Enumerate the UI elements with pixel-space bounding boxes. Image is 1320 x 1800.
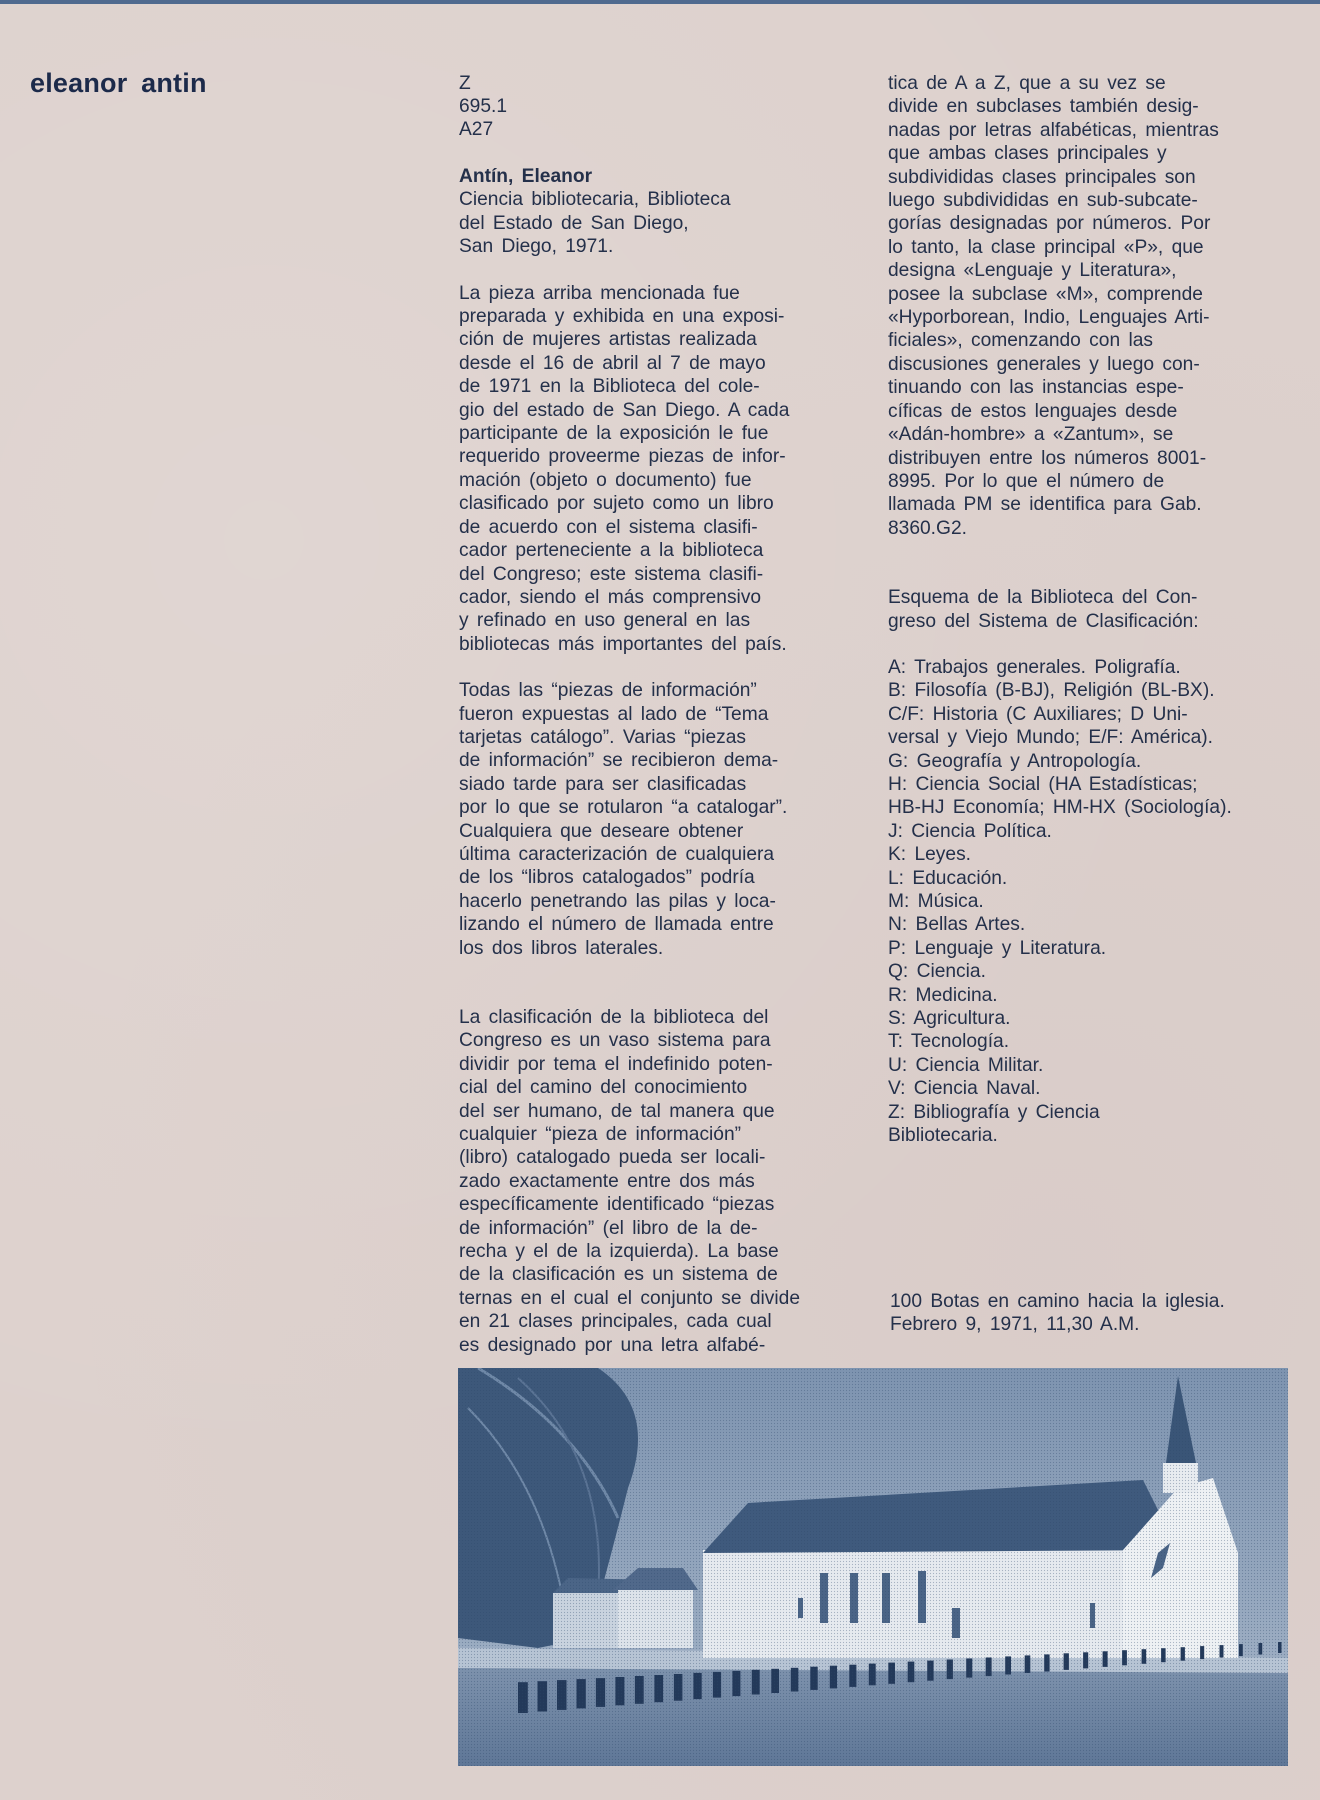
text-line: tarjetas catálogo”. Varias “piezas <box>459 726 879 749</box>
scheme-item: G: Geografía y Antropología. <box>888 750 1313 773</box>
text-line: última caracterización de cualquiera <box>459 843 879 866</box>
scheme-item: N: Bellas Artes. <box>888 913 1313 936</box>
caption-line: Febrero 9, 1971, 11,30 A.M. <box>890 1313 1225 1336</box>
text-line: bibliotecas más importantes del país. <box>459 633 879 656</box>
text-line: cador perteneciente a la biblioteca <box>459 539 879 562</box>
text-line: llamada PM se identifica para Gab. <box>888 493 1313 516</box>
text-line: gio del estado de San Diego. A cada <box>459 399 879 422</box>
scheme-item: HB-HJ Economía; HM-HX (Sociología). <box>888 796 1313 819</box>
paragraph-1: La pieza arriba mencionada fuepreparada … <box>459 282 879 657</box>
card-line: San Diego, 1971. <box>459 235 879 258</box>
text-line: y refinado en uso general en las <box>459 609 879 632</box>
scheme-item: R: Medicina. <box>888 984 1313 1007</box>
text-line: de información” (el libro de la de- <box>459 1217 879 1240</box>
text-line: luego subdivididas en sub-subcate- <box>888 189 1313 212</box>
text-line: mación (objeto o documento) fue <box>459 469 879 492</box>
scheme-item: B: Filosofía (B-BJ), Religión (BL-BX). <box>888 679 1313 702</box>
text-line: Todas las “piezas de información” <box>459 679 879 702</box>
text-line: discusiones generales y luego con- <box>888 353 1313 376</box>
text-line: «Hyporborean, Indio, Lenguajes Arti- <box>888 306 1313 329</box>
text-line: zado exactamente entre dos más <box>459 1170 879 1193</box>
text-line: cualquier “pieza de información” <box>459 1123 879 1146</box>
text-line: ficiales», comenzando con las <box>888 329 1313 352</box>
text-line: Congreso es un vaso sistema para <box>459 1029 879 1052</box>
scheme-list: A: Trabajos generales. Poligrafía.B: Fil… <box>888 656 1313 1148</box>
call-number: Z 695.1 A27 <box>459 72 879 141</box>
church-photo <box>458 1368 1288 1766</box>
church-photo-illustration <box>458 1368 1288 1766</box>
text-line: cial del camino del conocimiento <box>459 1076 879 1099</box>
scheme-item: V: Ciencia Naval. <box>888 1077 1313 1100</box>
text-line: de acuerdo con el sistema clasifi- <box>459 516 879 539</box>
text-line: siado tarde para ser clasificadas <box>459 773 879 796</box>
column-right: tica de A a Z, que a su vez sedivide en … <box>888 72 1313 1147</box>
page-top-edge <box>0 0 1320 4</box>
text-line: recha y el de la izquierda). La base <box>459 1240 879 1263</box>
call-number-line: 695.1 <box>459 95 879 118</box>
text-line: lo tanto, la clase principal «P», que <box>888 236 1313 259</box>
scheme-item: S: Agricultura. <box>888 1007 1313 1030</box>
catalog-card: Antín, Eleanor Ciencia bibliotecaria, Bi… <box>459 165 879 259</box>
scheme-title: Esquema de la Biblioteca del Con-greso d… <box>888 586 1313 633</box>
text-line: posee la subclase «M», comprende <box>888 283 1313 306</box>
scheme-item: P: Lenguaje y Literatura. <box>888 937 1313 960</box>
text-line: de la clasificación es un sistema de <box>459 1263 879 1286</box>
text-line: hacerlo penetrando las pilas y loca- <box>459 890 879 913</box>
scheme-item: T: Tecnología. <box>888 1030 1313 1053</box>
text-line: ción de mujeres artistas realizada <box>459 328 879 351</box>
text-line: designa «Lenguaje y Literatura», <box>888 259 1313 282</box>
text-line: del Congreso; este sistema clasifi- <box>459 563 879 586</box>
text-line: subdivididas clases principales son <box>888 166 1313 189</box>
text-line: preparada y exhibida en una exposi- <box>459 305 879 328</box>
scheme-item: H: Ciencia Social (HA Estadísticas; <box>888 773 1313 796</box>
column-left: Z 695.1 A27 Antín, Eleanor Ciencia bibli… <box>459 72 879 1380</box>
text-line: específicamente identificado “piezas <box>459 1193 879 1216</box>
call-number-line: A27 <box>459 118 879 141</box>
call-number-line: Z <box>459 72 879 95</box>
text-line: cador, siendo el más comprensivo <box>459 586 879 609</box>
text-line: divide en subclases también desig- <box>888 95 1313 118</box>
text-line: nadas por letras alfabéticas, mientras <box>888 119 1313 142</box>
text-line: tinuando con las instancias espe- <box>888 376 1313 399</box>
scheme-item: C/F: Historia (C Auxiliares; D Uni- <box>888 703 1313 726</box>
text-line: dividir por tema el indefinido poten- <box>459 1053 879 1076</box>
scheme-item: K: Leyes. <box>888 843 1313 866</box>
text-line: distribuyen entre los números 8001- <box>888 447 1313 470</box>
text-line: clasificado por sujeto como un libro <box>459 492 879 515</box>
scheme-item: A: Trabajos generales. Poligrafía. <box>888 656 1313 679</box>
text-line: en 21 clases principales, cada cual <box>459 1310 879 1333</box>
scheme-item: Q: Ciencia. <box>888 960 1313 983</box>
text-line: gorías designadas por números. Por <box>888 212 1313 235</box>
text-line: Cualquiera que deseare obtener <box>459 820 879 843</box>
text-line: La pieza arriba mencionada fue <box>459 282 879 305</box>
text-line: es designado por una letra alfabé- <box>459 1334 879 1357</box>
caption-line: 100 Botas en camino hacia la iglesia. <box>890 1290 1225 1313</box>
scheme-item: L: Educación. <box>888 867 1313 890</box>
text-line: 8360.G2. <box>888 517 1313 540</box>
scheme-item: Bibliotecaria. <box>888 1124 1313 1147</box>
text-line: de 1971 en la Biblioteca del cole- <box>459 375 879 398</box>
text-line: fueron expuestas al lado de “Tema <box>459 703 879 726</box>
scheme-item: U: Ciencia Militar. <box>888 1054 1313 1077</box>
scheme-item: versal y Viejo Mundo; E/F: América). <box>888 726 1313 749</box>
paragraph-3: La clasificación de la biblioteca delCon… <box>459 1006 879 1357</box>
scheme-item: Z: Bibliografía y Ciencia <box>888 1101 1313 1124</box>
paragraph-2: Todas las “piezas de información”fueron … <box>459 679 879 960</box>
card-heading: Antín, Eleanor <box>459 165 879 188</box>
text-line: del ser humano, de tal manera que <box>459 1100 879 1123</box>
scheme-item: J: Ciencia Política. <box>888 820 1313 843</box>
scheme-title-line: Esquema de la Biblioteca del Con- <box>888 586 1313 609</box>
text-line: de los “libros catalogados” podría <box>459 866 879 889</box>
text-line: de información” se recibieron dema- <box>459 749 879 772</box>
text-line: 8995. Por lo que el número de <box>888 470 1313 493</box>
text-line: «Adán-hombre» a «Zantum», se <box>888 423 1313 446</box>
card-line: Ciencia bibliotecaria, Biblioteca <box>459 188 879 211</box>
text-line: requerido proveerme piezas de infor- <box>459 445 879 468</box>
text-line: (libro) catalogado pueda ser locali- <box>459 1146 879 1169</box>
scheme-title-line: greso del Sistema de Clasificación: <box>888 610 1313 633</box>
text-line: ternas en el cual el conjunto se divide <box>459 1287 879 1310</box>
card-line: del Estado de San Diego, <box>459 212 879 235</box>
text-line: tica de A a Z, que a su vez se <box>888 72 1313 95</box>
text-line: La clasificación de la biblioteca del <box>459 1006 879 1029</box>
text-line: lizando el número de llamada entre <box>459 913 879 936</box>
text-line: participante de la exposición le fue <box>459 422 879 445</box>
scheme-item: M: Música. <box>888 890 1313 913</box>
photo-caption: 100 Botas en camino hacia la iglesia.Feb… <box>890 1290 1225 1337</box>
text-line: desde el 16 de abril al 7 de mayo <box>459 352 879 375</box>
text-line: que ambas clases principales y <box>888 142 1313 165</box>
paragraph-4: tica de A a Z, que a su vez sedivide en … <box>888 72 1313 540</box>
text-line: cíficas de estos lenguajes desde <box>888 400 1313 423</box>
text-line: por lo que se rotularon “a catalogar”. <box>459 796 879 819</box>
author-name: eleanor antin <box>30 68 207 99</box>
text-line: los dos libros laterales. <box>459 937 879 960</box>
